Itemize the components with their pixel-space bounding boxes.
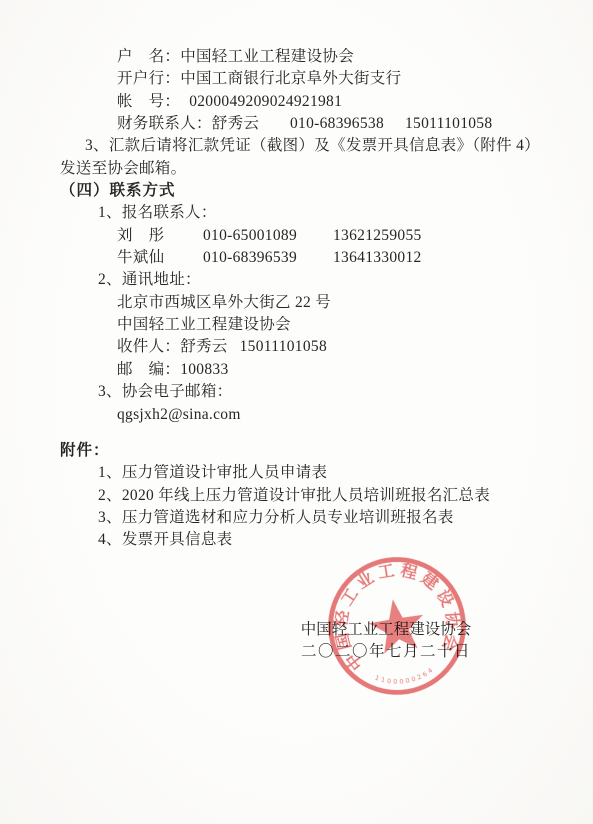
scanned-document-page: 户 名：中国轻工业工程建设协会 开户行：中国工商银行北京阜外大街支行 帐 号：0… xyxy=(0,0,593,824)
finance-contact-mobile: 15011101058 xyxy=(405,115,492,132)
postcode-line: 邮 编：100833 xyxy=(0,359,593,381)
email-address: qgsjxh2@sina.com xyxy=(0,404,593,426)
signature-date: 二〇二〇年七月二十日 xyxy=(290,641,482,663)
signature-block: 中国轻工业工程建设协会 二〇二〇年七月二十日 xyxy=(290,619,482,664)
contact-phone: 010-65001089 xyxy=(203,225,333,247)
contact-name: 刘 彤 xyxy=(117,225,203,247)
contact-row: 刘 彤010-6500108913621259055 xyxy=(0,225,593,247)
attachment-item: 4、发票开具信息表 xyxy=(0,529,593,551)
contact-mobile: 13621259055 xyxy=(333,227,422,244)
contact-item3-label: 3、协会电子邮箱： xyxy=(0,381,593,403)
seal-serial-number: 1100000264 xyxy=(373,665,437,690)
bank-label: 开户行： xyxy=(117,70,180,87)
attachment-item: 3、压力管道选材和应力分析人员专业培训班报名表 xyxy=(0,507,593,529)
attachments-heading: 附件： xyxy=(0,440,593,462)
account-number-line: 帐 号：0200049209024921981 xyxy=(0,91,593,113)
account-name-label: 户 名： xyxy=(117,48,180,65)
contact-item1-label: 1、报名联系人： xyxy=(0,202,593,224)
recipient-mobile: 15011101058 xyxy=(240,338,327,355)
account-number-value: 0200049209024921981 xyxy=(189,93,342,110)
remittance-note-line2: 发送至协会邮箱。 xyxy=(0,158,593,180)
contact-row: 牛斌仙010-6839653913641330012 xyxy=(0,247,593,269)
bank-line: 开户行：中国工商银行北京阜外大街支行 xyxy=(0,68,593,90)
account-name-value: 中国轻工业工程建设协会 xyxy=(180,48,354,65)
address-line2: 中国轻工业工程建设协会 xyxy=(0,314,593,336)
finance-contact-name: 财务联系人：舒秀云 xyxy=(117,113,290,135)
bank-value: 中国工商银行北京阜外大街支行 xyxy=(180,70,401,87)
recipient-name: 收件人：舒秀云 xyxy=(117,338,228,355)
contact-item2-label: 2、通讯地址： xyxy=(0,269,593,291)
attachment-item: 1、压力管道设计审批人员申请表 xyxy=(0,462,593,484)
spacer xyxy=(0,426,593,440)
document-body: 户 名：中国轻工业工程建设协会 开户行：中国工商银行北京阜外大街支行 帐 号：0… xyxy=(0,46,593,552)
contact-section-heading: （四）联系方式 xyxy=(0,180,593,202)
finance-contact-line: 财务联系人：舒秀云010-6839653815011101058 xyxy=(0,113,593,135)
attachment-item: 2、2020 年线上压力管道设计审批人员培训班报名汇总表 xyxy=(0,485,593,507)
finance-contact-phone: 010-68396538 xyxy=(290,113,405,135)
contact-mobile: 13641330012 xyxy=(333,249,422,266)
remittance-note-line1: 3、汇款后请将汇款凭证（截图）及《发票开具信息表》（附件 4） xyxy=(0,135,593,157)
signature-organization: 中国轻工业工程建设协会 xyxy=(290,619,482,641)
seal-serial-holder: 1100000264 xyxy=(373,665,437,690)
recipient-line: 收件人：舒秀云15011101058 xyxy=(0,336,593,358)
account-name-line: 户 名：中国轻工业工程建设协会 xyxy=(0,46,593,68)
account-number-label: 帐 号： xyxy=(117,93,180,110)
contact-phone: 010-68396539 xyxy=(203,247,333,269)
contact-name: 牛斌仙 xyxy=(117,247,203,269)
address-line1: 北京市西城区阜外大街乙 22 号 xyxy=(0,292,593,314)
